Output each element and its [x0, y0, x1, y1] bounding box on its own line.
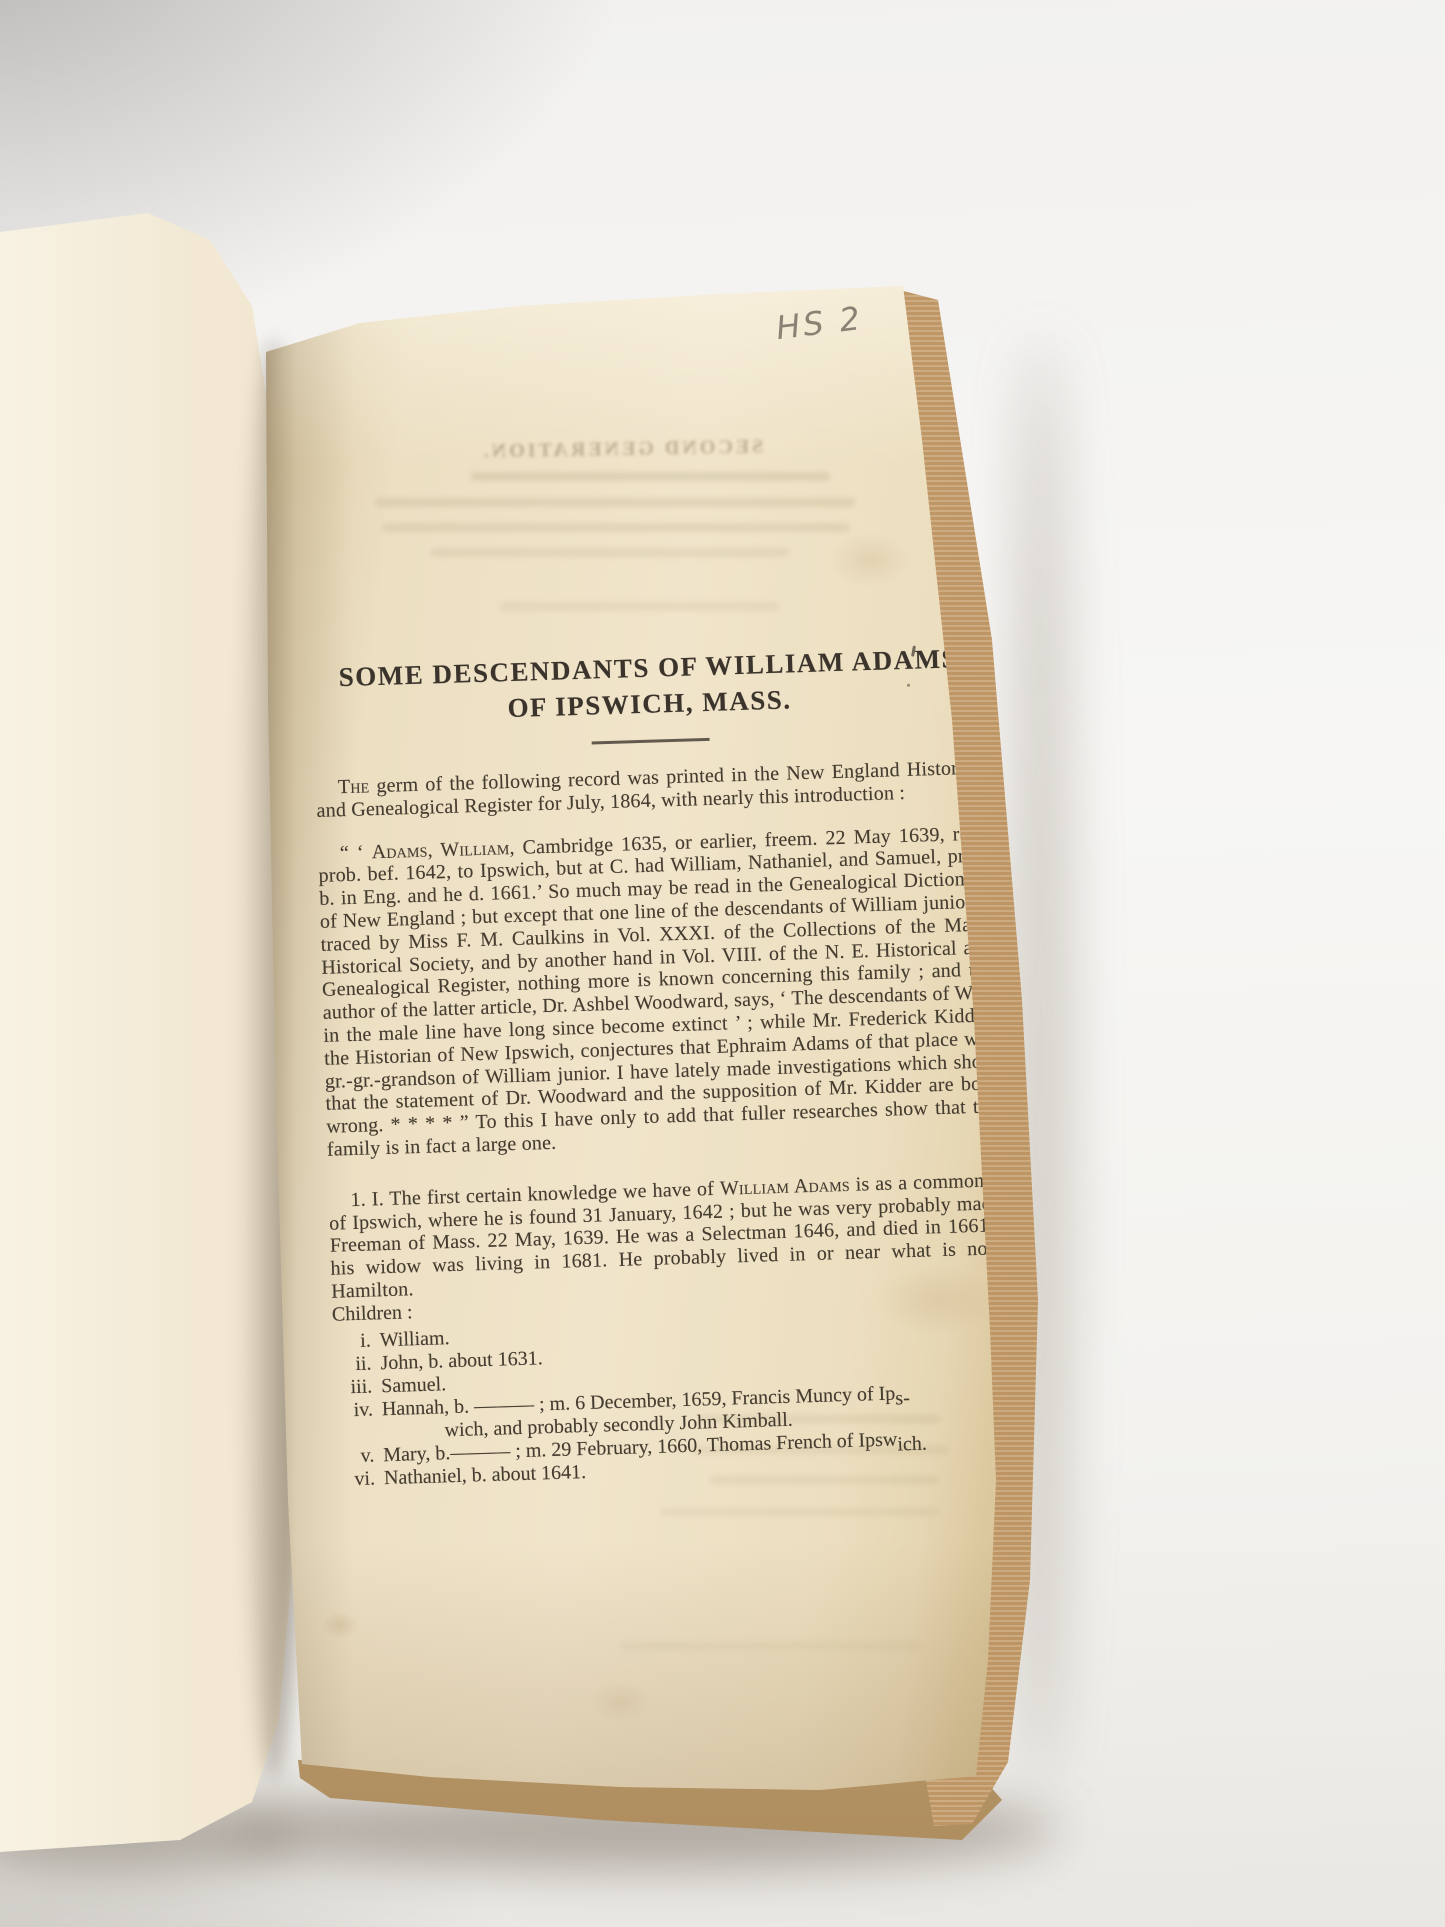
quoted-extract-paragraph: “ ‘ Adams, William, Cambridge 1635, or e…	[318, 822, 999, 1162]
page-title-line2: OF IPSWICH, MASS.	[507, 684, 792, 723]
child-numeral: v.	[336, 1444, 375, 1468]
show-through-line	[375, 498, 855, 507]
title-rule	[592, 738, 710, 745]
ink-dot	[907, 684, 910, 687]
show-through-line	[430, 548, 790, 557]
page-title: SOME DESCENDANTS OF WILLIAM ADAMS OF IPS…	[312, 639, 986, 731]
show-through-line	[470, 472, 830, 481]
page-title-line1: SOME DESCENDANTS OF WILLIAM ADAMS	[338, 643, 958, 692]
children-list: i.William.2ii.John, b. about 1631.3iii.S…	[332, 1310, 1009, 1491]
show-through-line	[382, 523, 850, 532]
child-numeral: ii.	[333, 1352, 372, 1376]
show-through-heading: SECOND GENERATION.	[452, 435, 792, 464]
show-through-line	[660, 1508, 938, 1516]
show-through-line	[500, 602, 780, 611]
printed-text-block: SOME DESCENDANTS OF WILLIAM ADAMS OF IPS…	[312, 639, 1009, 1491]
show-through-line	[620, 1642, 920, 1650]
child-numeral: iii.	[334, 1375, 373, 1399]
child-numeral: iv.	[335, 1398, 374, 1422]
intro-paragraph: The germ of the following record was pri…	[316, 756, 989, 822]
photo-backdrop: SECOND GENERATION. HS 2 SOME DESCENDANTS…	[0, 0, 1445, 1927]
child-numeral: i.	[332, 1329, 371, 1353]
handwritten-note: HS 2	[774, 299, 865, 347]
entry-paragraph: 1. I. The first certain knowledge we hav…	[328, 1169, 1003, 1303]
child-numeral: vi.	[337, 1467, 376, 1491]
